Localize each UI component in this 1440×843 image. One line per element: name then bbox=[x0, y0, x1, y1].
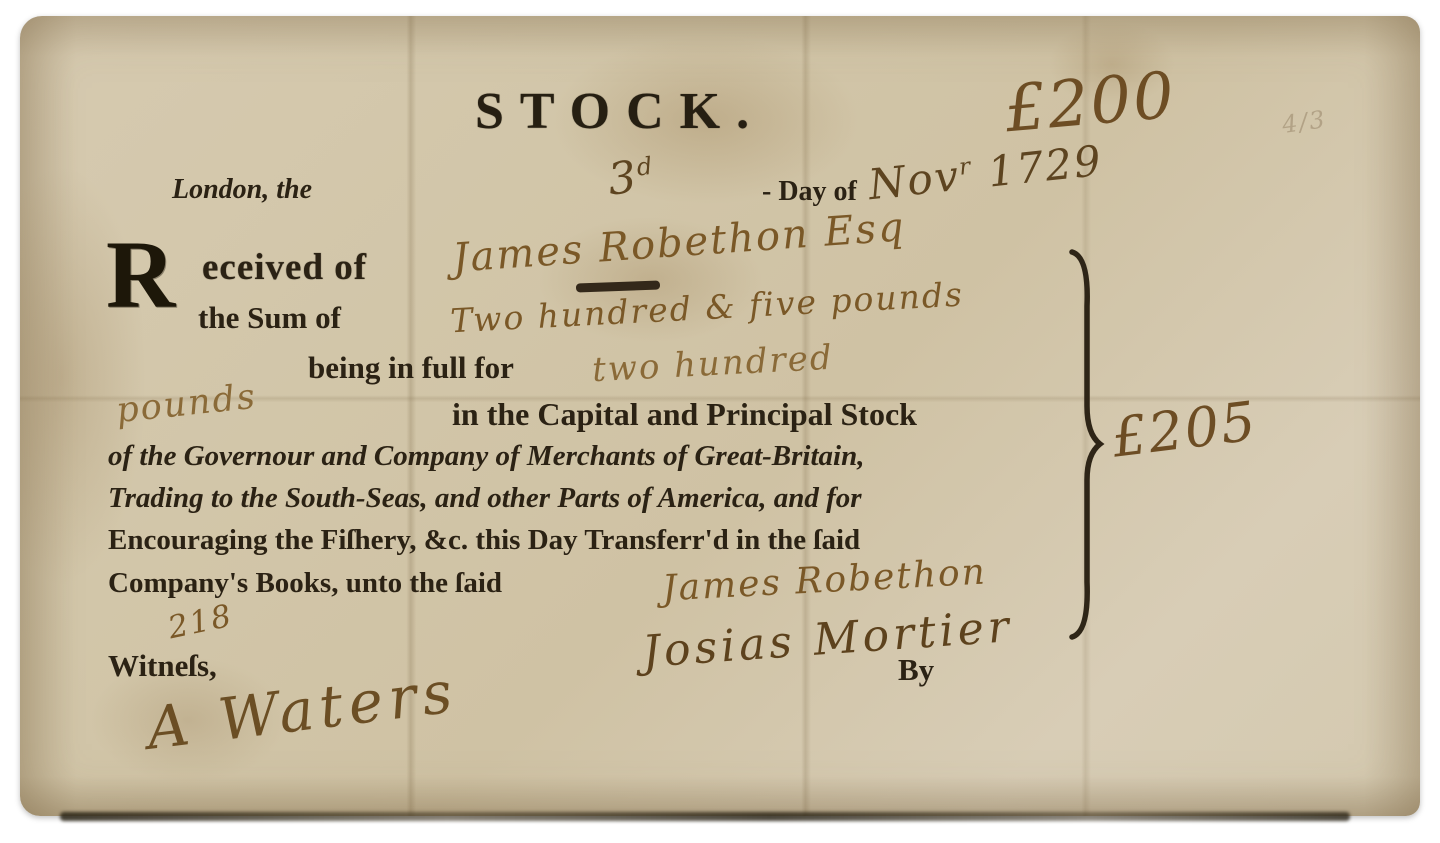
sum-label: the Sum of bbox=[198, 300, 341, 336]
signature-underline-flourish bbox=[667, 709, 1068, 765]
faint-pencil-mark: 4/3 bbox=[1280, 105, 1328, 139]
month-sup: r bbox=[958, 153, 974, 180]
paper-bottom-edge-shadow bbox=[60, 812, 1350, 821]
line-capital: in the Capital and Principal Stock bbox=[452, 396, 917, 433]
year: 1729 bbox=[986, 136, 1105, 197]
month: Nov bbox=[866, 151, 962, 209]
witness-label: Witneſs, bbox=[108, 648, 217, 684]
amount-mid-right: £205 bbox=[1109, 389, 1261, 469]
pounds-word-handwritten: pounds bbox=[114, 377, 258, 432]
officer-signature: Josias Mortier bbox=[641, 601, 1015, 678]
amount-top-right: £200 bbox=[1002, 59, 1179, 148]
payer-name-handwritten: James Robethon Esq bbox=[451, 204, 907, 282]
received-dropcap: R bbox=[106, 234, 175, 316]
full-for-label: being in full for bbox=[308, 350, 514, 386]
ledger-number-handwritten: 218 bbox=[165, 598, 236, 647]
line-trading: Trading to the South-Seas, and other Par… bbox=[108, 482, 862, 515]
month-year-handwritten: Novr 1729 bbox=[866, 136, 1105, 209]
day-handwritten: 3d bbox=[605, 149, 658, 205]
brace-glyph bbox=[1060, 248, 1106, 640]
line-governour: of the Governour and Company of Merchant… bbox=[108, 440, 864, 473]
received-label: eceived of bbox=[202, 246, 367, 289]
receipt-paper: STOCK. £200 4/3 London, the 3d - Day of … bbox=[20, 16, 1420, 816]
full-for-value-handwritten: two hundred bbox=[591, 338, 834, 391]
place-prefix: London, the bbox=[172, 174, 312, 206]
day-ordinal: d bbox=[635, 152, 656, 182]
line-fishery: Encouraging the Fiſhery, &c. this Day Tr… bbox=[108, 524, 860, 557]
sum-value-handwritten: Two hundred & five pounds bbox=[449, 275, 964, 341]
day-of-label: - Day of bbox=[762, 176, 857, 208]
line-books: Company's Books, unto the ſaid bbox=[108, 567, 502, 600]
transferee-name-handwritten: James Robethon bbox=[661, 552, 988, 610]
document-title: STOCK. bbox=[475, 82, 765, 141]
